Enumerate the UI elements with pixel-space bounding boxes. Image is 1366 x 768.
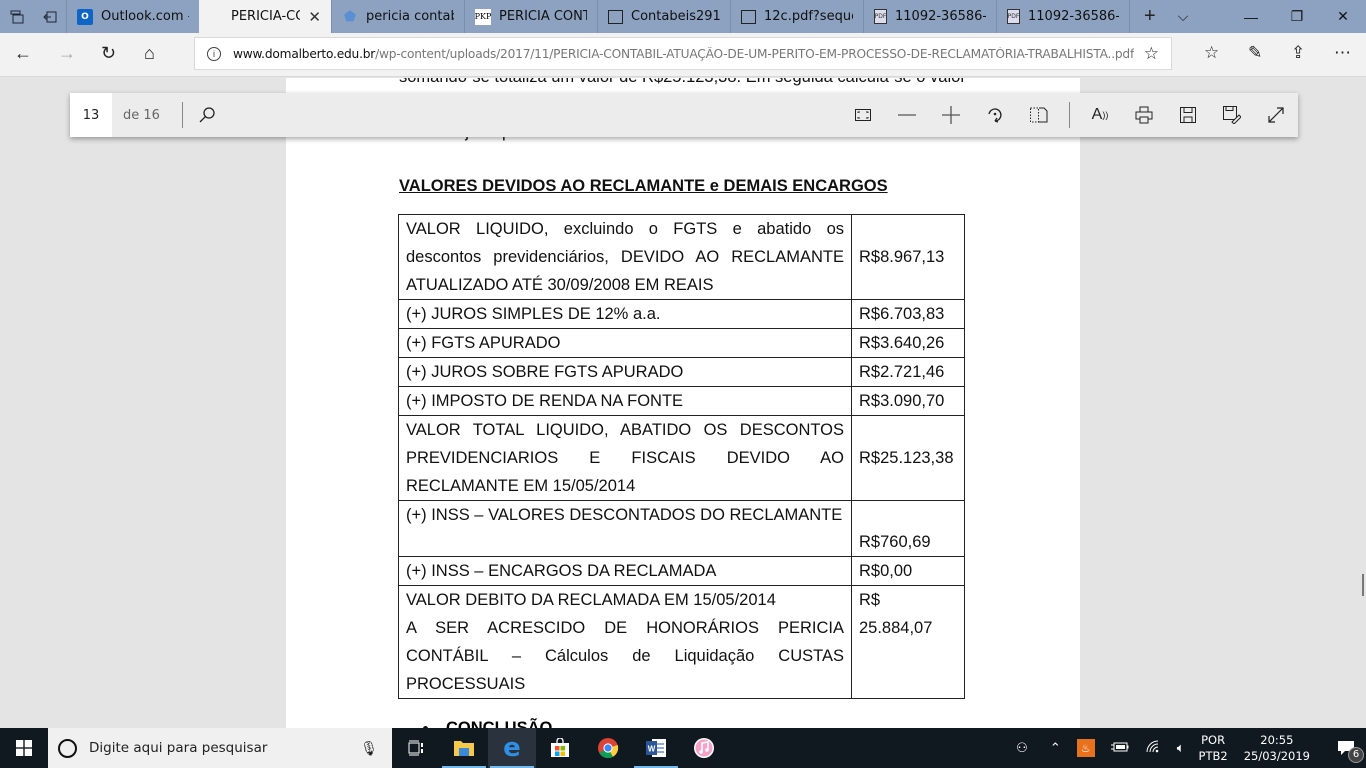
values-table: VALOR LIQUIDO, excluindo o FGTS e abatid… (398, 214, 965, 699)
tab-pericia-active[interactable]: PERICIA-CC ✕ (199, 0, 331, 33)
url-domain: www.domalberto.edu.br (233, 47, 375, 61)
input-language-indicator[interactable]: POR PTB2 (1199, 732, 1228, 764)
address-bar[interactable]: i www.domalberto.edu.br/wp-content/uploa… (194, 37, 1172, 70)
new-tab-button[interactable]: + (1144, 5, 1156, 28)
doc-paragraph: somando-se totaliza um valor de R$25.123… (399, 78, 966, 87)
windows-taskbar: Digite aqui para pesquisar 🎙︎ e W ⚇ ⌃ ♨ … (0, 728, 1366, 768)
table-row: (+) JUROS SOBRE FGTS APURADO R$2.721,46 (399, 358, 965, 387)
toolbar-divider (1069, 102, 1070, 128)
row-amount: R$760,69 (852, 501, 965, 557)
language-code: POR (1199, 732, 1228, 748)
wifi-icon[interactable] (1145, 739, 1161, 757)
print-icon[interactable] (1133, 104, 1155, 126)
tab-label: PERÍCIA CONTÁ (499, 9, 587, 24)
tab-outlook[interactable]: O Outlook.com - I (66, 0, 199, 33)
show-hidden-icons-chevron[interactable]: ⌃ (1050, 741, 1061, 756)
save-icon[interactable] (1177, 104, 1199, 126)
save-as-icon[interactable] (1221, 104, 1243, 126)
itunes-icon (693, 737, 715, 759)
tab-manager-icon[interactable] (0, 0, 33, 33)
section-heading-text: CONCLUSÃO (446, 719, 552, 728)
taskbar-itunes[interactable] (680, 728, 728, 768)
navigation-bar: ← → ↻ ⌂ i www.domalberto.edu.br/wp-conte… (0, 33, 1366, 77)
row-amount: R$25.123,38 (852, 416, 965, 501)
tab-12c-pdf[interactable]: 12c.pdf?sequer (730, 0, 863, 33)
battery-icon[interactable] (1111, 741, 1129, 756)
action-center-button[interactable]: 6 (1326, 728, 1366, 768)
tab-contabeis[interactable]: Contabeis29133 (597, 0, 730, 33)
table-row: (+) JUROS SIMPLES DE 12% a.a. R$6.703,83 (399, 300, 965, 329)
page-total-label: de 16 (123, 108, 160, 123)
row-description-line1: VALOR DEBITO DA RECLAMADA EM 15/05/2014 (406, 586, 844, 614)
row-description: (+) INSS – ENCARGOS DA RECLAMADA (399, 557, 852, 586)
zoom-in-icon[interactable] (940, 104, 962, 126)
pdf-viewer[interactable]: somando-se totaliza um valor de R$25.123… (0, 78, 1366, 728)
taskbar-search-box[interactable]: Digite aqui para pesquisar 🎙︎ (48, 728, 392, 768)
folder-icon (453, 739, 475, 757)
row-description: VALOR LIQUIDO, excluindo o FGTS e abatid… (399, 215, 852, 300)
notification-count-badge: 6 (1348, 747, 1364, 763)
windows-logo-icon (16, 740, 32, 756)
table-row: (+) IMPOSTO DE RENDA NA FONTE R$3.090,70 (399, 387, 965, 416)
set-aside-tabs-icon[interactable] (33, 0, 66, 33)
tab-11092-b[interactable]: PDF 11092-36586-1 (996, 0, 1129, 33)
read-aloud-icon[interactable]: A)) (1089, 104, 1111, 126)
row-amount: R$8.967,13 (852, 215, 965, 300)
tab-label: 11092-36586-1 (1028, 9, 1119, 24)
tab-pericia-conta[interactable]: PKP PERÍCIA CONTÁ (464, 0, 597, 33)
java-update-icon[interactable]: ♨ (1077, 739, 1095, 757)
page-icon (741, 10, 756, 24)
start-button[interactable] (0, 728, 48, 768)
url-text[interactable]: www.domalberto.edu.br/wp-content/uploads… (233, 47, 1134, 61)
taskbar-chrome[interactable] (584, 728, 632, 768)
taskbar-word[interactable]: W (632, 728, 680, 768)
row-description: (+) FGTS APURADO (399, 329, 852, 358)
tab-label: PERICIA-CC (231, 9, 300, 24)
search-icon[interactable] (196, 104, 218, 126)
back-button[interactable]: ← (14, 43, 32, 64)
pdf-toolbar: 13 de 16 A)) (70, 93, 1298, 137)
page-layout-icon[interactable] (1028, 104, 1050, 126)
scrollbar-thumb[interactable] (1362, 574, 1364, 596)
tab-pericia-contabil[interactable]: ⬟ pericia contabil (331, 0, 464, 33)
system-tray: ⚇ ⌃ ♨ 🔈︎ POR PTB2 20:55 25/03/2019 6 (1008, 728, 1366, 768)
full-screen-icon[interactable] (1265, 104, 1287, 126)
task-view-icon (408, 740, 424, 756)
clock-date: 25/03/2019 (1244, 748, 1310, 764)
row-description: VALOR TOTAL LIQUIDO, ABATIDO OS DESCONTO… (399, 416, 852, 501)
share-icon[interactable]: ⇪ (1291, 43, 1305, 63)
tab-label: 12c.pdf?sequer (764, 9, 853, 24)
taskbar-store[interactable] (536, 728, 584, 768)
row-amount: R$2.721,46 (852, 358, 965, 387)
site-info-icon[interactable]: i (207, 47, 221, 61)
row-description: VALOR DEBITO DA RECLAMADA EM 15/05/2014 … (399, 586, 852, 699)
row-description: (+) JUROS SOBRE FGTS APURADO (399, 358, 852, 387)
browser-tab-bar: O Outlook.com - I PERICIA-CC ✕ ⬟ pericia… (0, 0, 1366, 33)
page-number-input[interactable]: 13 (70, 93, 112, 137)
word-icon: W (645, 738, 667, 758)
more-menu-icon[interactable]: ⋯ (1334, 43, 1351, 63)
search-placeholder: Digite aqui para pesquisar (89, 740, 360, 756)
close-window-button[interactable]: ✕ (1320, 8, 1366, 25)
microphone-icon[interactable]: 🎙︎ (360, 740, 378, 757)
page-icon (608, 10, 623, 24)
row-description: (+) INSS – VALORES DESCONTADOS DO RECLAM… (399, 501, 852, 557)
table-row: VALOR TOTAL LIQUIDO, ABATIDO OS DESCONTO… (399, 416, 965, 501)
row-amount: R$3.090,70 (852, 387, 965, 416)
taskbar-file-explorer[interactable] (440, 728, 488, 768)
table-row: (+) FGTS APURADO R$3.640,26 (399, 329, 965, 358)
pdf-page: somando-se totaliza um valor de R$25.123… (286, 78, 1080, 728)
restore-button[interactable]: ❐ (1274, 8, 1320, 25)
row-amount: R$6.703,83 (852, 300, 965, 329)
clock-time: 20:55 (1244, 732, 1310, 748)
pkp-icon: PKP (475, 9, 491, 25)
tab-list-chevron-icon[interactable]: ⌵ (1178, 8, 1189, 25)
rotate-icon[interactable] (984, 104, 1006, 126)
tab-11092-a[interactable]: PDF 11092-36586-1 (863, 0, 996, 33)
favorites-list-icon[interactable]: ☆ (1204, 43, 1219, 63)
edge-icon: e (503, 733, 521, 763)
minimize-button[interactable]: — (1228, 9, 1274, 25)
row-description: (+) JUROS SIMPLES DE 12% a.a. (399, 300, 852, 329)
section-heading: CONCLUSÃO (423, 719, 552, 728)
svg-text:W: W (648, 745, 656, 754)
url-path: /wp-content/uploads/2017/11/PERICIA-CONT… (375, 47, 1134, 61)
pdf-icon: PDF (874, 9, 887, 24)
chrome-icon (597, 737, 619, 759)
row-amount: R$3.640,26 (852, 329, 965, 358)
cortana-icon (58, 739, 77, 758)
row-description: (+) IMPOSTO DE RENDA NA FONTE (399, 387, 852, 416)
notes-pen-icon[interactable]: ✎ (1248, 43, 1262, 63)
task-view-button[interactable] (392, 728, 440, 768)
close-tab-icon[interactable]: ✕ (308, 8, 321, 26)
store-icon (550, 738, 570, 758)
pdf-icon: PDF (1007, 9, 1020, 24)
row-amount: R$0,00 (852, 557, 965, 586)
refresh-button[interactable]: ↻ (101, 43, 116, 64)
tab-label: 11092-36586-1 (895, 9, 986, 24)
row-description-rest: A SER ACRESCIDO DE HONORÁRIOS PERICIA CO… (406, 614, 844, 698)
tab-label: Outlook.com - I (101, 9, 189, 24)
toolbar-divider (182, 102, 183, 128)
table-row: VALOR DEBITO DA RECLAMADA EM 15/05/2014 … (399, 586, 965, 699)
home-button[interactable]: ⌂ (144, 43, 155, 64)
row-amount: R$ 25.884,07 (852, 586, 965, 699)
tab-label: Contabeis29133 (631, 9, 720, 24)
table-row: (+) INSS – VALORES DESCONTADOS DO RECLAM… (399, 501, 965, 557)
table-title: VALORES DEVIDOS AO RECLAMANTE e DEMAIS E… (399, 177, 888, 196)
shield-icon: ⬟ (342, 9, 358, 25)
favorite-star-icon[interactable]: ☆ (1144, 44, 1159, 64)
keyboard-layout: PTB2 (1199, 748, 1228, 764)
volume-icon[interactable]: 🔈︎ (1177, 741, 1185, 756)
table-row: VALOR LIQUIDO, excluindo o FGTS e abatid… (399, 215, 965, 300)
tab-label: pericia contabil (366, 9, 454, 24)
taskbar-edge[interactable]: e (488, 728, 536, 768)
people-icon[interactable]: ⚇ (1016, 741, 1028, 756)
outlook-icon: O (77, 9, 93, 25)
forward-button[interactable]: → (58, 43, 76, 64)
table-row: (+) INSS – ENCARGOS DA RECLAMADA R$0,00 (399, 557, 965, 586)
fit-page-icon[interactable] (852, 104, 874, 126)
clock[interactable]: 20:55 25/03/2019 (1244, 732, 1310, 764)
zoom-out-icon[interactable] (896, 104, 918, 126)
